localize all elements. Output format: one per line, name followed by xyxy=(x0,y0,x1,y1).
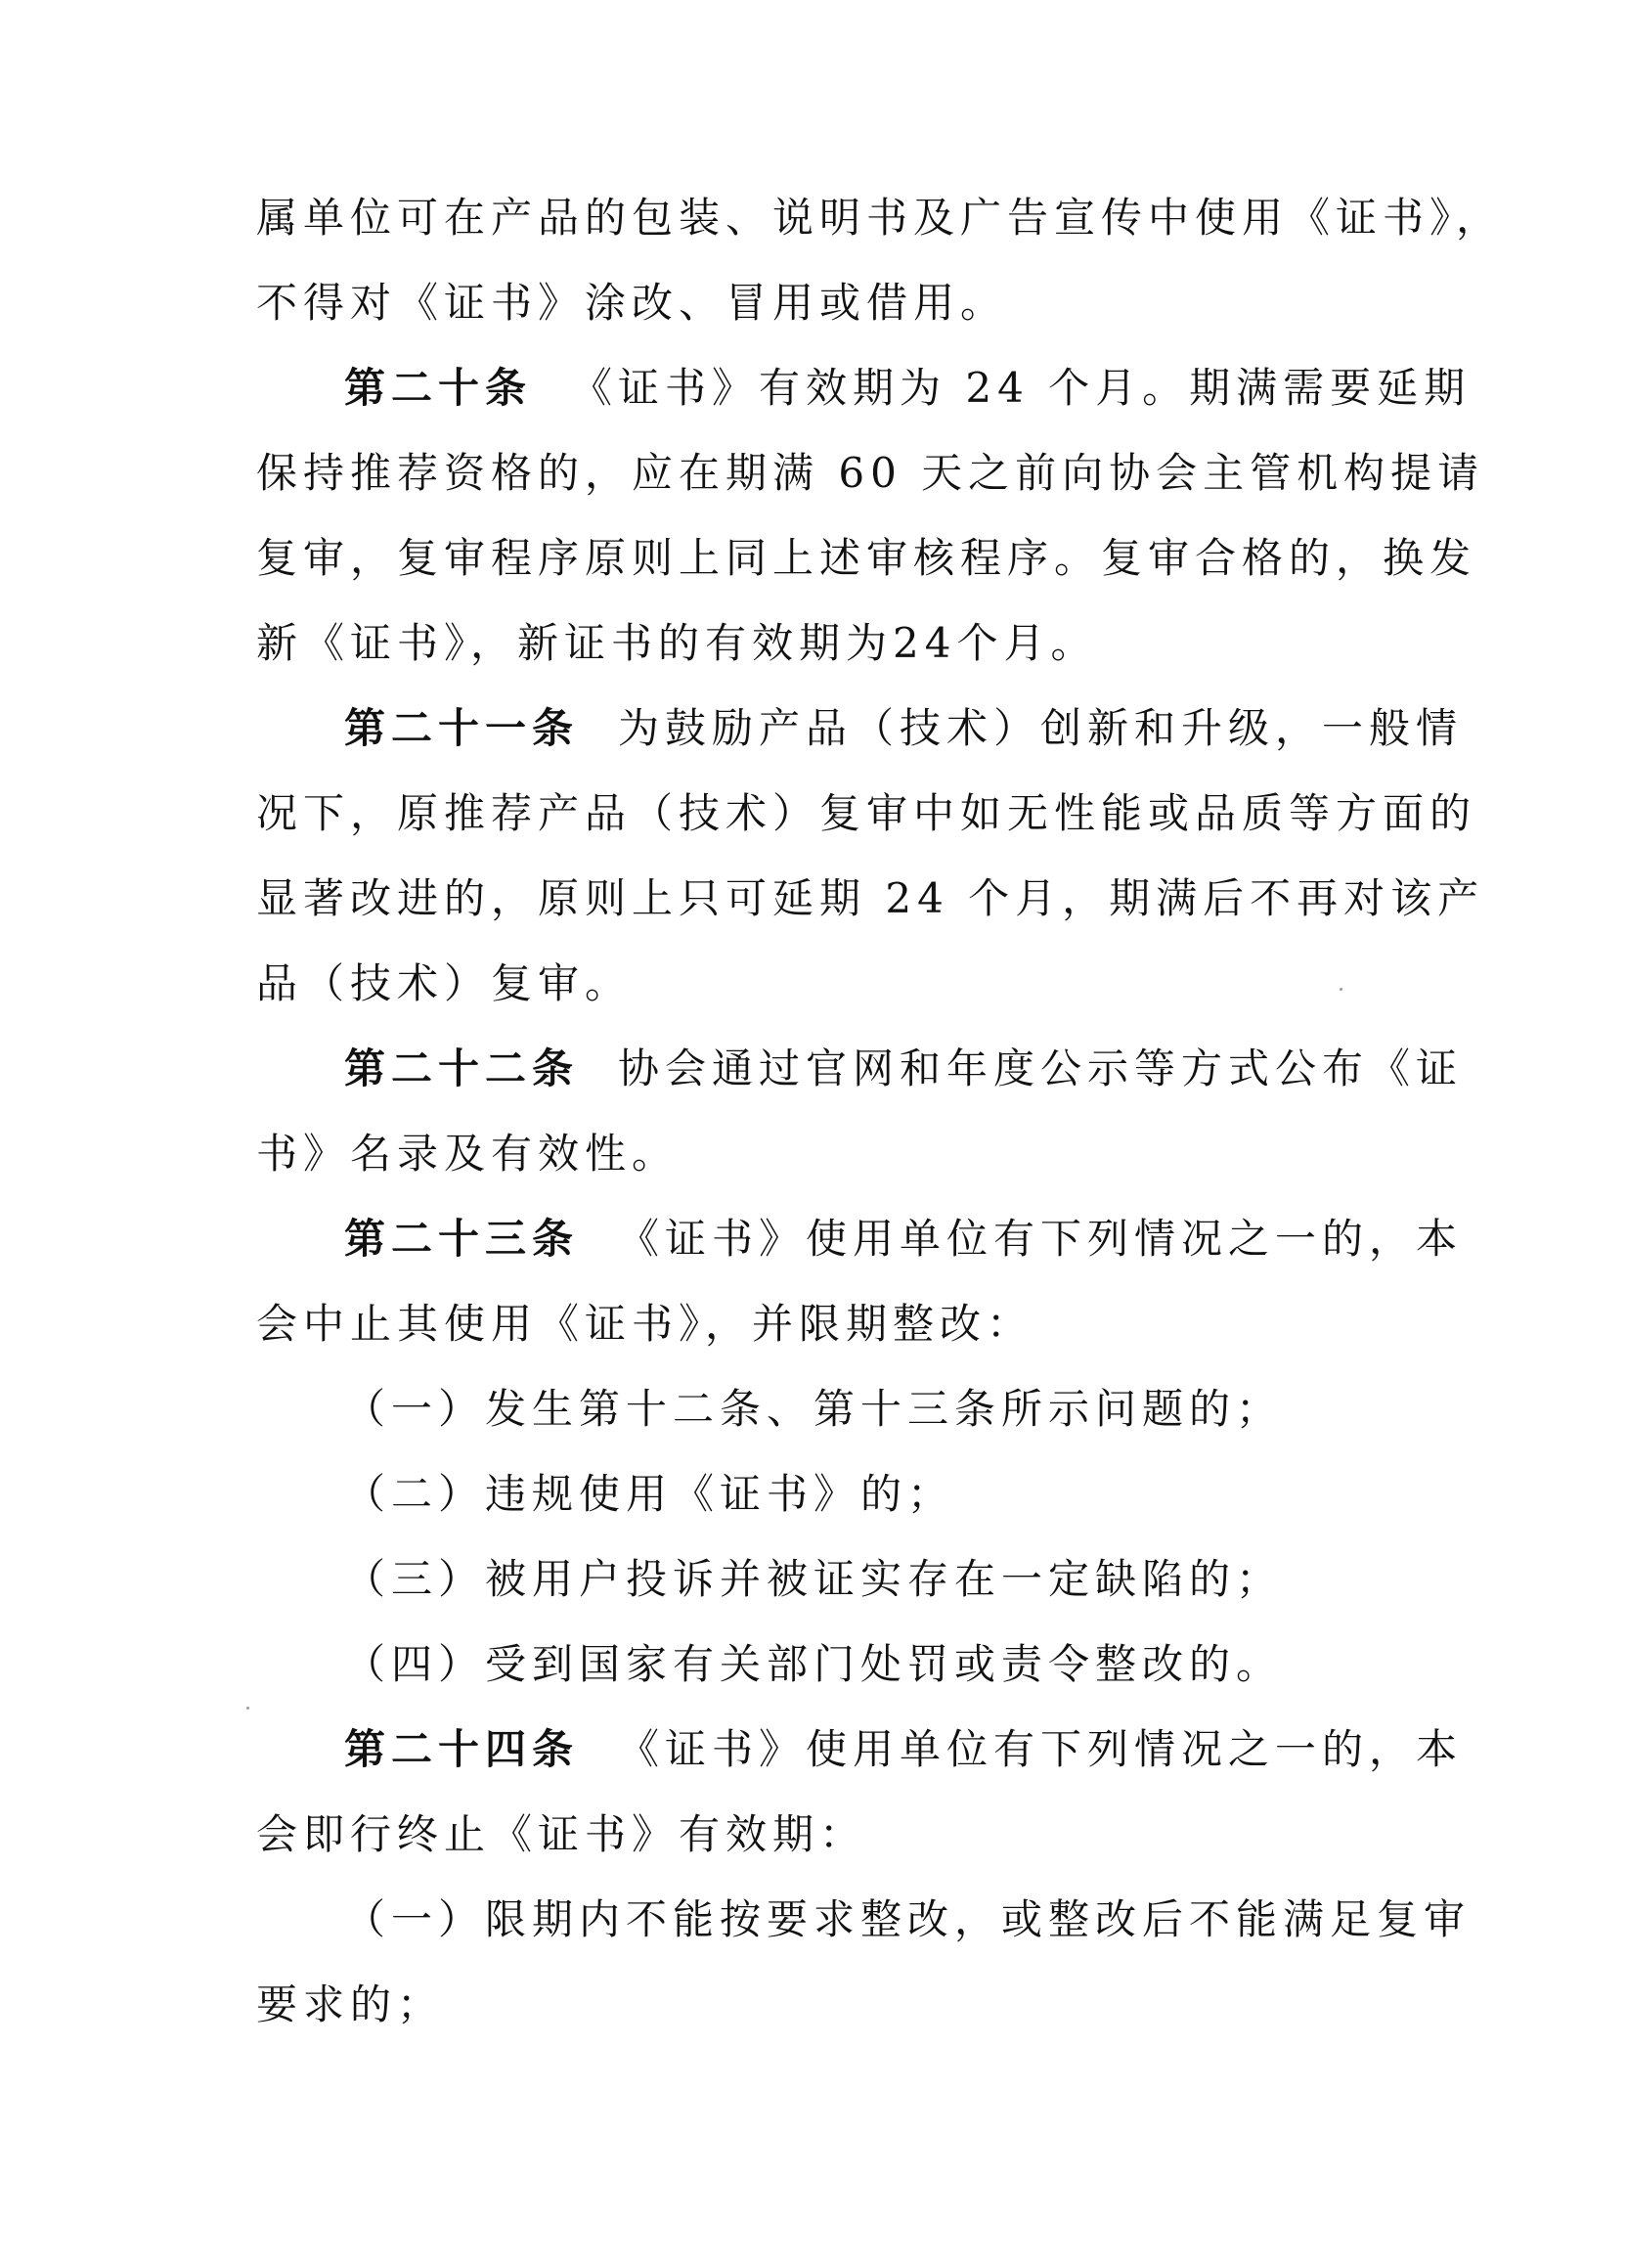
article-number: 第二十一条 xyxy=(344,704,579,752)
paragraph-line: 品（技术）复审。 xyxy=(256,959,1381,1008)
list-item: （三）被用户投诉并被证实存在一定缺陷的； xyxy=(344,1555,1469,1604)
article-number: 第二十条 xyxy=(344,364,532,412)
document-page: 属单位可在产品的包装、说明书及广告宣传中使用《证书》， 不得对《证书》涂改、冒用… xyxy=(0,0,1627,2268)
list-item: （四）受到国家有关部门处罚或责令整改的。 xyxy=(344,1640,1469,1689)
article-24-heading-line: 第二十四条《证书》使用单位有下列情况之一的，本 xyxy=(344,1725,1469,1774)
paragraph-line: 况下，原推荐产品（技术）复审中如无性能或品质等方面的 xyxy=(256,789,1381,838)
line-text: 保持推荐资格的，应在期满 60 天之前向协会主管机构提请 xyxy=(256,449,1484,497)
list-item: （二）违规使用《证书》的； xyxy=(344,1470,1469,1519)
line-text: （二）违规使用《证书》的； xyxy=(344,1470,954,1518)
article-23-heading-line: 第二十三条《证书》使用单位有下列情况之一的，本 xyxy=(344,1215,1469,1264)
line-text: 显著改进的，原则上只可延期 24 个月，期满后不再对该产 xyxy=(256,874,1484,922)
line-text: 属单位可在产品的包装、说明书及广告宣传中使用《证书》， xyxy=(256,194,1503,242)
line-text: （四）受到国家有关部门处罚或责令整改的。 xyxy=(344,1640,1283,1688)
line-text: 不得对《证书》涂改、冒用或借用。 xyxy=(256,279,1007,327)
line-text: 《证书》使用单位有下列情况之一的，本 xyxy=(618,1215,1463,1263)
paragraph-line: 会即行终止《证书》有效期： xyxy=(256,1810,1381,1859)
article-number: 第二十二条 xyxy=(344,1045,579,1092)
paragraph-line: 新《证书》，新证书的有效期为24个月。 xyxy=(256,619,1381,668)
article-21-heading-line: 第二十一条为鼓励产品（技术）创新和升级，一般情 xyxy=(344,704,1469,753)
line-text: 会即行终止《证书》有效期： xyxy=(256,1810,866,1858)
line-text: 品（技术）复审。 xyxy=(256,959,632,1007)
line-text: （一）限期内不能按要求整改，或整改后不能满足复审 xyxy=(344,1895,1471,1943)
line-text: 新《证书》，新证书的有效期为24个月。 xyxy=(256,619,1097,667)
scan-speck xyxy=(1340,988,1342,991)
line-text: （三）被用户投诉并被证实存在一定缺陷的； xyxy=(344,1555,1283,1603)
line-text: 为鼓励产品（技术）创新和升级，一般情 xyxy=(618,704,1463,752)
line-text: 书》名录及有效性。 xyxy=(256,1130,679,1178)
article-number: 第二十四条 xyxy=(344,1725,579,1773)
article-number: 第二十三条 xyxy=(344,1215,579,1263)
paragraph-line: 复审，复审程序原则上同上述审核程序。复审合格的，换发 xyxy=(256,534,1381,583)
line-text: 况下，原推荐产品（技术）复审中如无性能或品质等方面的 xyxy=(256,789,1476,837)
line-text: 会中止其使用《证书》，并限期整改： xyxy=(256,1300,1033,1348)
paragraph-line: 要求的； xyxy=(256,1980,1381,2029)
paragraph-line: 不得对《证书》涂改、冒用或借用。 xyxy=(256,279,1381,328)
paragraph-line: 书》名录及有效性。 xyxy=(256,1130,1381,1178)
line-text: 协会通过官网和年度公示等方式公布《证 xyxy=(618,1045,1463,1092)
article-20-heading-line: 第二十条《证书》有效期为 24 个月。期满需要延期 xyxy=(344,364,1469,413)
paragraph-line: 显著改进的，原则上只可延期 24 个月，期满后不再对该产 xyxy=(256,874,1381,923)
list-item: （一）限期内不能按要求整改，或整改后不能满足复审 xyxy=(344,1895,1469,1944)
scan-speck xyxy=(246,1707,249,1710)
line-text: 要求的； xyxy=(256,1980,444,2028)
line-text: 《证书》有效期为 24 个月。期满需要延期 xyxy=(571,364,1471,412)
paragraph-line: 保持推荐资格的，应在期满 60 天之前向协会主管机构提请 xyxy=(256,449,1381,498)
line-text: （一）发生第十二条、第十三条所示问题的； xyxy=(344,1385,1283,1433)
list-item: （一）发生第十二条、第十三条所示问题的； xyxy=(344,1385,1469,1434)
paragraph-line: 属单位可在产品的包装、说明书及广告宣传中使用《证书》， xyxy=(256,194,1381,243)
article-22-heading-line: 第二十二条协会通过官网和年度公示等方式公布《证 xyxy=(344,1045,1469,1093)
line-text: 复审，复审程序原则上同上述审核程序。复审合格的，换发 xyxy=(256,534,1476,582)
paragraph-line: 会中止其使用《证书》，并限期整改： xyxy=(256,1300,1381,1349)
line-text: 《证书》使用单位有下列情况之一的，本 xyxy=(618,1725,1463,1773)
